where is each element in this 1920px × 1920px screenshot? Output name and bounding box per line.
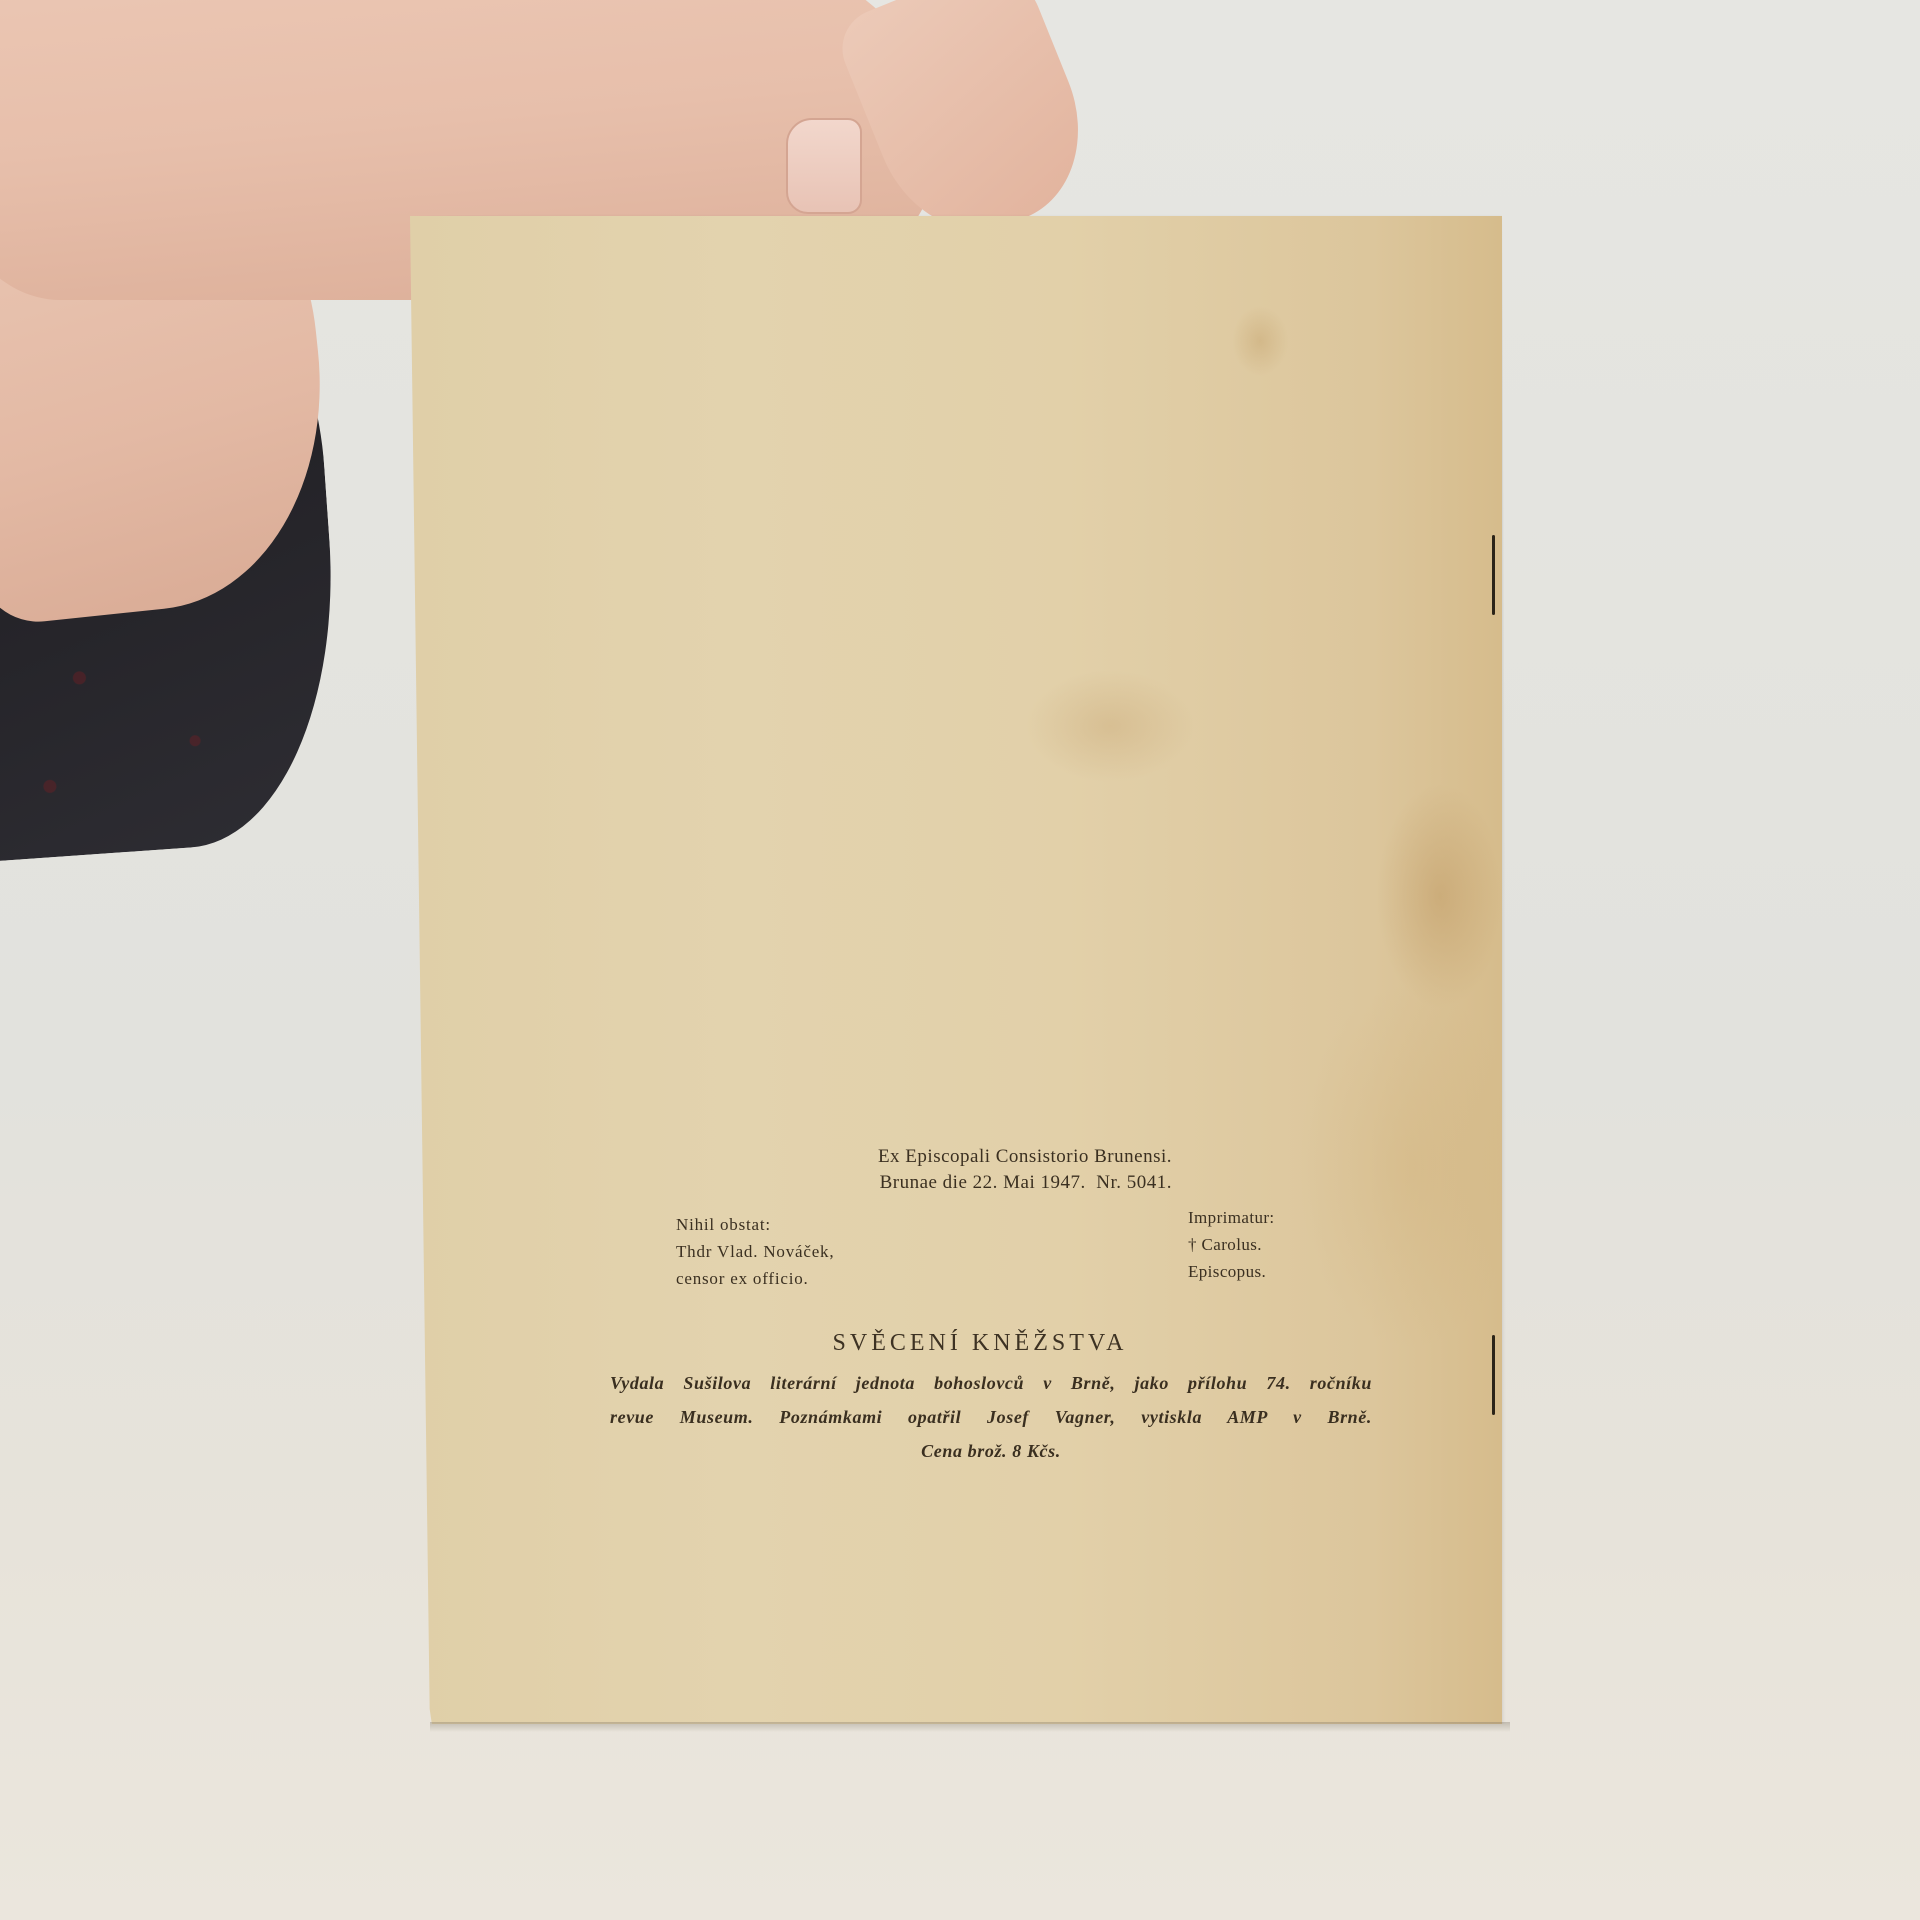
imprimatur-label: Imprimatur: [1188,1204,1348,1231]
imprint-line-1: Vydala Sušilova literární jednota bohosl… [610,1366,1372,1400]
consistory-line-1: Ex Episcopali Consistorio Brunensi. [800,1144,1172,1170]
cover-text: Ex Episcopali Consistorio Brunensi. Brun… [0,0,1920,1920]
bishop-role: Episcopus. [1188,1258,1348,1285]
consistory-block: Ex Episcopali Consistorio Brunensi. Brun… [800,1144,1172,1196]
imprimatur-block: Imprimatur: † Carolus. Episcopus. [1188,1204,1348,1285]
bishop-name: † Carolus. [1188,1231,1348,1258]
imprint-line-2: revue Museum. Poznámkami opatřil Josef V… [610,1400,1372,1434]
price-line: Cena brož. 8 Kčs. [610,1434,1372,1468]
booklet-title: SVĚCENÍ KNĚŽSTVA [0,1330,1920,1357]
consistory-line-2: Brunae die 22. Mai 1947. Nr. 5041. [800,1170,1172,1196]
photo-scene: Ex Episcopali Consistorio Brunensi. Brun… [0,0,1920,1920]
nihil-obstat-block: Nihil obstat: Thdr Vlad. Nováček, censor… [676,1211,976,1292]
censor-role: censor ex officio. [676,1265,976,1292]
nihil-obstat-label: Nihil obstat: [676,1211,976,1238]
publisher-imprint: Vydala Sušilova literární jednota bohosl… [610,1366,1372,1468]
censor-name: Thdr Vlad. Nováček, [676,1238,976,1265]
